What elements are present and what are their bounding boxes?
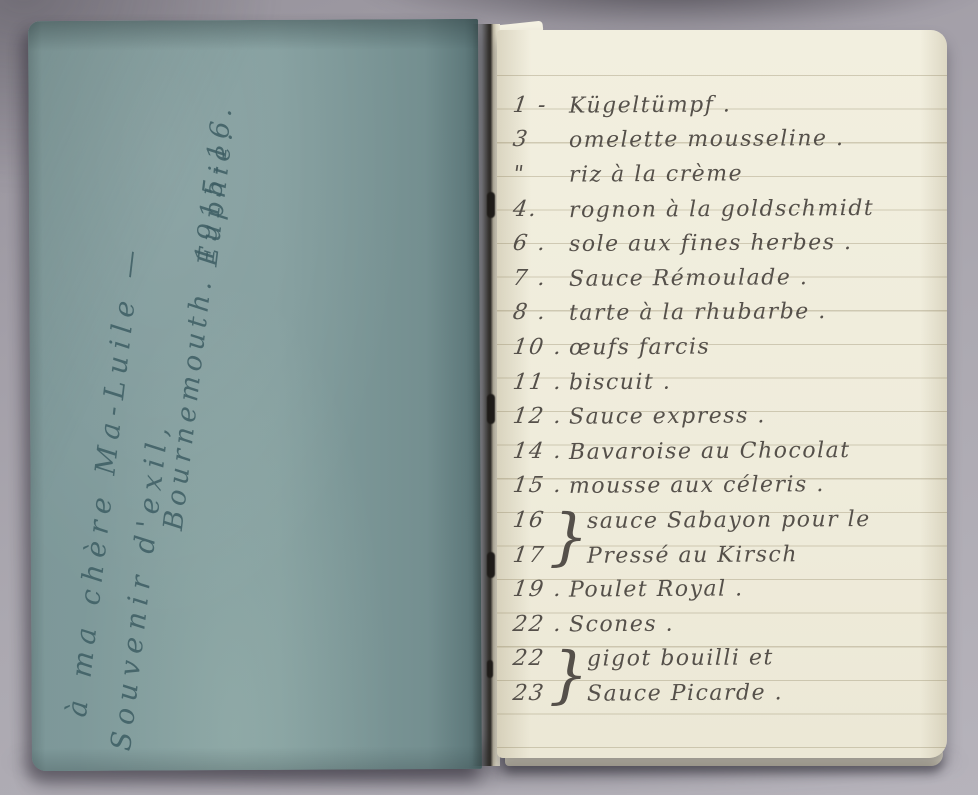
entry-number: 4. — [511, 197, 561, 222]
index-row: 10 .œufs farcis — [513, 330, 937, 365]
entry-text: Sauce Rémoulade . — [569, 265, 808, 292]
entry-number: 11 . — [511, 370, 561, 395]
binding-gutter — [472, 24, 500, 766]
entry-number: 14 . — [511, 439, 561, 464]
entry-text: rognon à la goldschmidt — [569, 196, 874, 223]
index-row: 22 .Scones . — [513, 607, 937, 642]
entry-text: Poulet Royal . — [569, 577, 744, 603]
inscription-signature: Euphie. — [192, 125, 242, 268]
entry-number: 3 — [511, 127, 561, 152]
entry-text: riz à la crème — [569, 161, 743, 187]
entry-number: " — [511, 162, 561, 187]
entry-text: mousse aux céleris . — [569, 472, 825, 499]
entry-number: 22 . — [511, 612, 561, 637]
entry-number: 1 - — [511, 93, 561, 118]
entry-number: 12 . — [511, 404, 561, 429]
entry-text: biscuit . — [569, 369, 671, 395]
brace-16-17: } — [549, 502, 575, 571]
entry-text: Kügeltümpf . — [569, 92, 732, 118]
index-row: 19 .Poulet Royal . — [513, 572, 937, 607]
index-row: 14 .Bavaroise au Chocolat — [513, 434, 937, 469]
index-row: 4.rognon à la goldschmidt — [513, 192, 937, 227]
entry-number: 19 . — [511, 577, 561, 602]
entry-text: Sauce express . — [569, 403, 766, 429]
index-row: 6 .sole aux fines herbes . — [513, 226, 937, 261]
index-row: 7 .Sauce Rémoulade . — [513, 261, 937, 296]
entry-number: 7 . — [511, 266, 561, 291]
index-row: 11 .biscuit . — [513, 365, 937, 400]
index-row: 12 .Sauce express . — [513, 399, 937, 434]
notebook-left-cover: à ma chère Ma-Luile — Souvenir d'exil, B… — [28, 19, 482, 771]
index-row: 1 -Kügeltümpf . — [513, 88, 937, 123]
recipe-index-list: 1 -Kügeltümpf . 3omelette mousseline . "… — [513, 88, 937, 711]
brace-22-23: } — [549, 640, 575, 709]
entry-text: Sauce Picarde . — [587, 680, 783, 706]
entry-text: gigot bouilli et — [587, 646, 774, 672]
entry-text: sauce Sabayon pour le — [587, 507, 871, 534]
binding-stitch — [487, 394, 495, 424]
entry-number: 10 . — [511, 335, 561, 360]
notebook-right-page: 1 -Kügeltümpf . 3omelette mousseline . "… — [497, 30, 947, 758]
entry-text: Bavaroise au Chocolat — [569, 438, 851, 465]
binding-stitch — [487, 660, 493, 678]
entry-text: omelette mousseline . — [569, 126, 845, 153]
entry-number: 15 . — [511, 473, 561, 498]
notebook-photo: à ma chère Ma-Luile — Souvenir d'exil, B… — [0, 0, 978, 795]
entry-text: Scones . — [569, 611, 674, 637]
binding-stitch — [487, 192, 495, 218]
entry-text: Pressé au Kirsch — [587, 542, 798, 568]
binding-stitch — [487, 552, 495, 578]
entry-number: 6 . — [511, 231, 561, 256]
entry-text: sole aux fines herbes . — [569, 230, 853, 257]
entry-number: 8 . — [511, 300, 561, 325]
index-row: 15 .mousse aux céleris . — [513, 469, 937, 504]
index-row: "riz à la crème — [513, 157, 937, 192]
entry-text: tarte à la rhubarbe . — [569, 299, 827, 326]
index-row: 8 .tarte à la rhubarbe . — [513, 296, 937, 331]
index-row: 3omelette mousseline . — [513, 123, 937, 158]
entry-text: œufs farcis — [569, 334, 710, 360]
